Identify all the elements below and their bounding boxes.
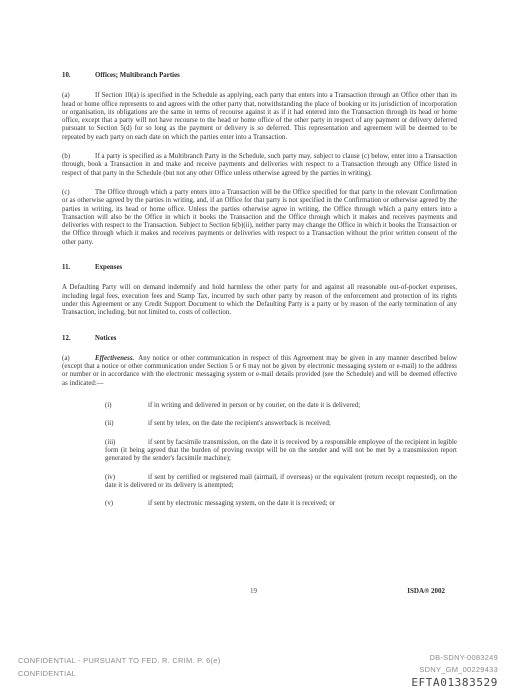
paragraph-text: The Office through which a party enters … xyxy=(62,189,457,246)
list-item-iv: (iv)if sent by certified or registered m… xyxy=(105,474,457,491)
list-item-iii: (iii)if sent by facsimile transmission, … xyxy=(105,439,457,464)
notice-methods-list: (i)if in writing and delivered in person… xyxy=(62,402,457,508)
section-heading-notices: 12.Notices xyxy=(62,335,457,343)
isda-edition-mark: ISDA® 2002 xyxy=(407,587,445,595)
list-item-label: (v) xyxy=(105,500,148,508)
list-item-v: (v)if sent by electronic messaging syste… xyxy=(105,500,457,508)
section-title: Expenses xyxy=(95,264,122,271)
paragraph-label: (b) xyxy=(62,153,95,161)
document-body: 10.Offices; Multibranch Parties (a)If Se… xyxy=(62,72,457,518)
list-item-text: if sent by telex, on the date the recipi… xyxy=(148,420,331,427)
paragraph-11-body: A Defaulting Party will on demand indemn… xyxy=(62,284,457,317)
list-item-label: (iii) xyxy=(105,439,148,447)
paragraph-text: If a party is specified as a Multibranch… xyxy=(62,153,457,177)
page-number: 19 xyxy=(62,587,445,595)
production-numbers: DB-SDNY-0083249 SDNY_GM_00229433 EFTA013… xyxy=(411,652,498,690)
section-heading-expenses: 11.Expenses xyxy=(62,264,457,272)
paragraph-label: (a) xyxy=(62,92,95,100)
list-item-label: (ii) xyxy=(105,420,148,428)
list-item-label: (iv) xyxy=(105,474,148,482)
list-item-ii: (ii)if sent by telex, on the date the re… xyxy=(105,420,457,428)
section-number: 10. xyxy=(62,72,95,80)
scanned-document-page: 10.Offices; Multibranch Parties (a)If Se… xyxy=(0,0,512,699)
paragraph-12a: (a)Effectiveness.Any notice or other com… xyxy=(62,355,457,388)
confidentiality-stamp: CONFIDENTIAL - PURSUANT TO FED. R. CRIM.… xyxy=(18,654,220,680)
section-title: Notices xyxy=(95,335,117,342)
list-item-i: (i)if in writing and delivered in person… xyxy=(105,402,457,410)
paragraph-text: If Section 10(a) is specified in the Sch… xyxy=(62,92,457,140)
production-number-1: DB-SDNY-0083249 xyxy=(411,652,498,664)
bates-number: EFTA01383529 xyxy=(411,676,498,690)
section-number: 11. xyxy=(62,264,95,272)
section-number: 12. xyxy=(62,335,95,343)
list-item-text: if sent by certified or registered mail … xyxy=(105,474,457,489)
paragraph-label: (a) xyxy=(62,355,95,363)
paragraph-10c: (c)The Office through which a party ente… xyxy=(62,189,457,247)
list-item-text: if sent by facsimile transmission, on th… xyxy=(105,439,457,463)
list-item-label: (i) xyxy=(105,402,148,410)
list-item-text: if in writing and delivered in person or… xyxy=(148,402,360,409)
page-footer: 19 ISDA® 2002 xyxy=(62,587,445,599)
effectiveness-lead: Effectiveness. xyxy=(95,355,134,362)
paragraph-text: A Defaulting Party will on demand indemn… xyxy=(62,284,457,316)
production-number-2: SDNY_GM_00229433 xyxy=(411,664,498,676)
confidential-line-2: CONFIDENTIAL xyxy=(18,667,220,680)
section-heading-offices: 10.Offices; Multibranch Parties xyxy=(62,72,457,80)
paragraph-label: (c) xyxy=(62,189,95,197)
section-title: Offices; Multibranch Parties xyxy=(95,72,180,79)
paragraph-10b: (b)If a party is specified as a Multibra… xyxy=(62,153,457,178)
confidential-line-1: CONFIDENTIAL - PURSUANT TO FED. R. CRIM.… xyxy=(18,654,220,667)
paragraph-10a: (a)If Section 10(a) is specified in the … xyxy=(62,92,457,142)
list-item-text: if sent by electronic messaging system, … xyxy=(148,500,335,507)
